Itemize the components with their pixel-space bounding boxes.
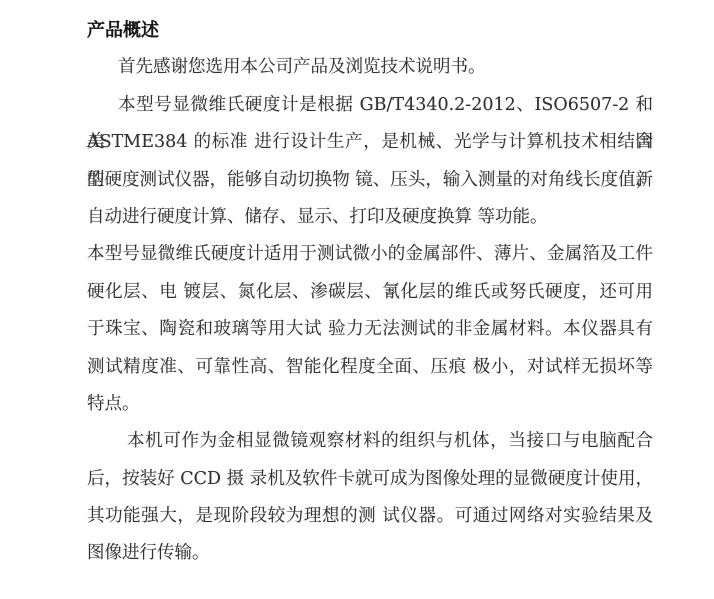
text-line: 本型号显微维氏硬度计是根据 GB/T4340.2-2012、ISO6507-2 … (87, 87, 653, 124)
text-line: 于珠宝、陶瓷和玻璃等用大试 验力无法测试的非金属材料。本仪器具有 (87, 311, 653, 348)
text-line: 其功能强大，是现阶段较为理想的测 试仪器。可通过网络对实验结果及 (87, 498, 653, 535)
text-line: ASTME384 的标准 进行设计生产，是机械、光学与计算机技术相结合的新 (87, 124, 653, 161)
text-line: 后，按装好 CCD 摄 录机及软件卡就可成为图像处理的显微硬度计使用， (87, 461, 653, 498)
paragraph-applications: 本型号显微维氏硬度计适用于测试微小的金属部件、薄片、金属箔及工件 硬化层、电 镀… (87, 236, 653, 423)
paragraph-ccd-imaging: 本机可作为金相显微镜观察材料的组织与机体，当接口与电脑配合 后，按装好 CCD … (87, 423, 653, 573)
document-content: 产品概述 首先感谢您选用本公司产品及浏览技术说明书。 本型号显微维氏硬度计是根据… (87, 12, 653, 573)
text-line: 测试精度准、可靠性高、智能化程度全面、压痕 极小，对试样无损坏等 (87, 349, 653, 386)
section-heading: 产品概述 (87, 12, 653, 49)
text-line: 本机可作为金相显微镜观察材料的组织与机体，当接口与电脑配合 (87, 423, 653, 460)
text-line: 型硬度测试仪器，能够自动切换物 镜、压头，输入测量的对角线长度值， (87, 162, 653, 199)
text-line: 本型号显微维氏硬度计适用于测试微小的金属部件、薄片、金属箔及工件 (87, 236, 653, 273)
text-line: 硬化层、电 镀层、氮化层、渗碳层、氰化层的维氏或努氏硬度，还可用 (87, 274, 653, 311)
text-line: 首先感谢您选用本公司产品及浏览技术说明书。 (87, 49, 653, 86)
document-page: 产品概述 首先感谢您选用本公司产品及浏览技术说明书。 本型号显微维氏硬度计是根据… (0, 0, 714, 599)
paragraph-standards: 本型号显微维氏硬度计是根据 GB/T4340.2-2012、ISO6507-2 … (87, 87, 653, 237)
paragraph-intro: 首先感谢您选用本公司产品及浏览技术说明书。 (87, 49, 653, 86)
text-line: 特点。 (87, 386, 653, 423)
text-line: 自动进行硬度计算、储存、显示、打印及硬度换算 等功能。 (87, 199, 653, 236)
text-line: 图像进行传输。 (87, 535, 653, 572)
